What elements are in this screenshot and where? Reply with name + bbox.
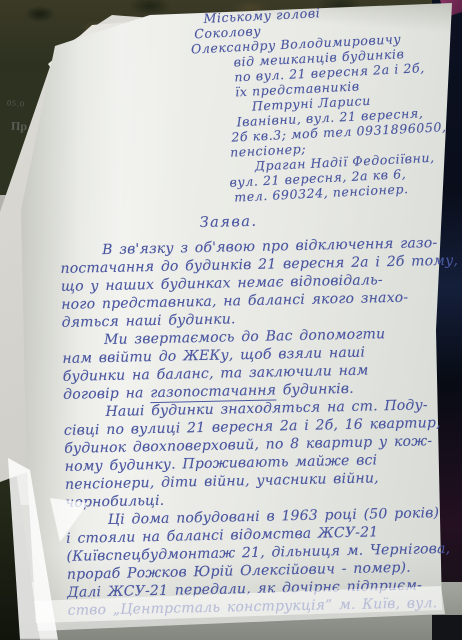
line-segment: договір на: [63, 385, 150, 403]
address-block: Міському голові Соколову Олександру Воло…: [203, 0, 462, 206]
doc-title: Заява.: [199, 208, 459, 233]
dark-object-bottom-right: [432, 615, 462, 640]
doc-body: В зв'язку з об'явою про відключення газо…: [60, 234, 462, 620]
handwriting: Міському голові Соколову Олександру Воло…: [55, 0, 462, 620]
printed-fragment-letters: Пр: [11, 119, 28, 135]
line-segment: будинків.: [276, 381, 354, 399]
printed-fragment-number: 05.0: [7, 98, 26, 109]
photo-of-handwritten-document: 05.0 Пр Міському голові Соколову Олексан…: [0, 0, 462, 640]
